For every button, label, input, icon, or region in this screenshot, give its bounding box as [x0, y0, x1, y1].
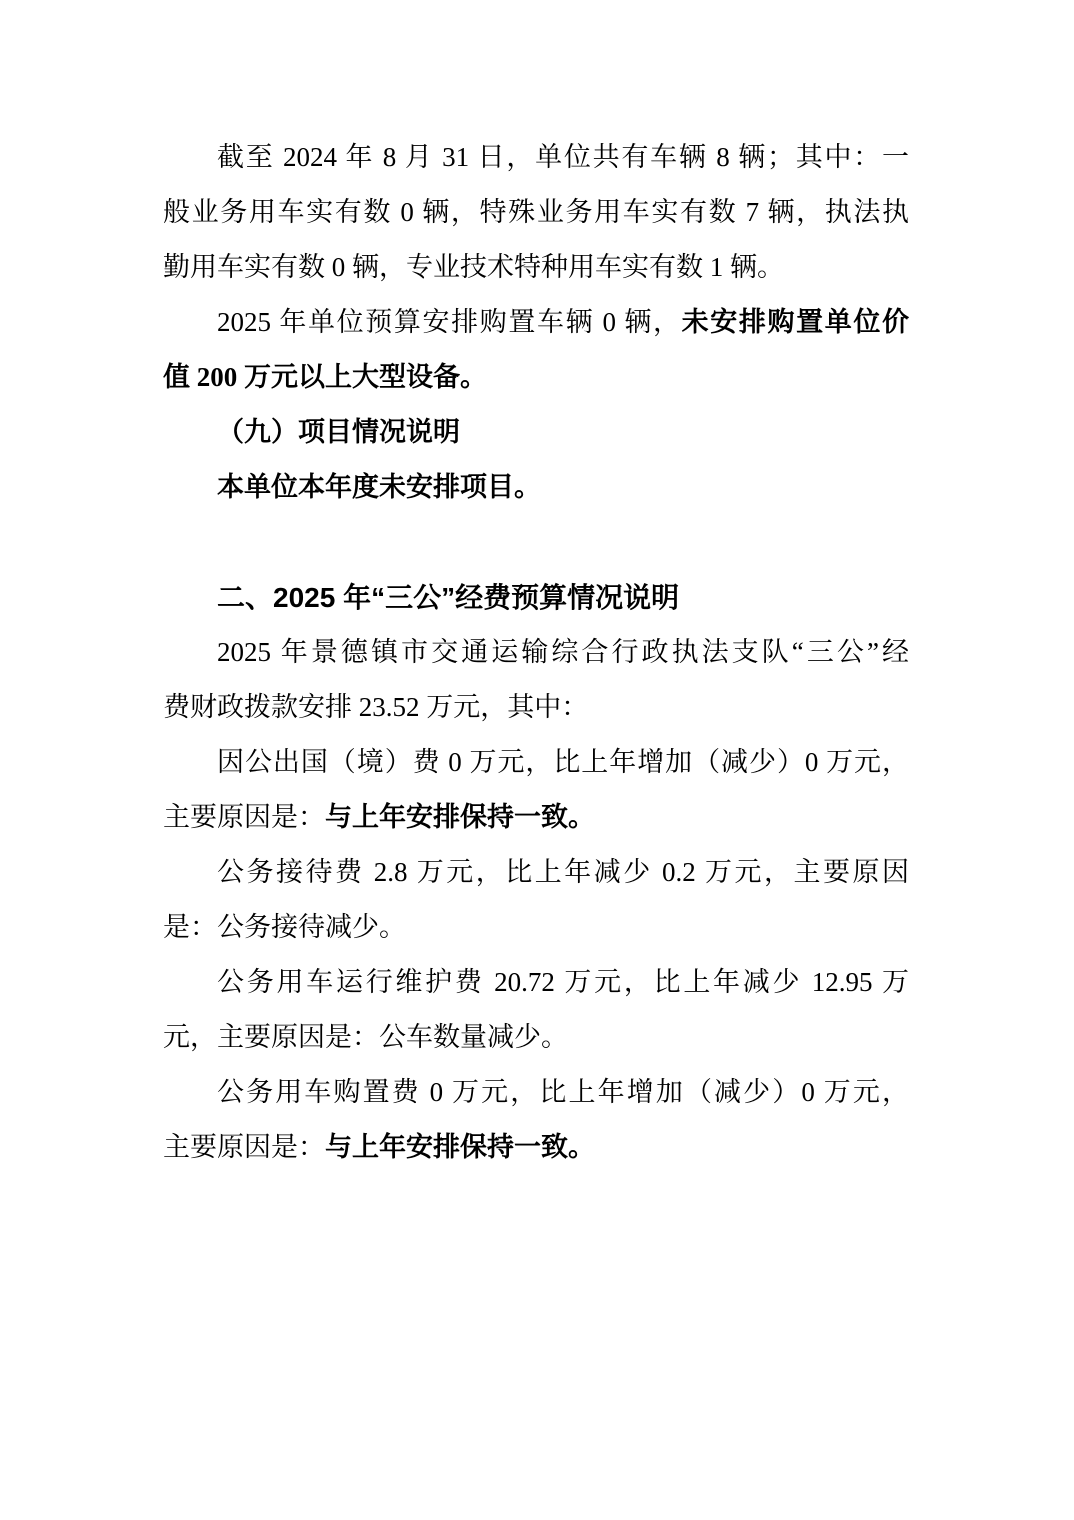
text-line: 主要原因是：与上年安排保持一致。	[163, 1120, 909, 1175]
blank-line	[163, 515, 909, 570]
official-reception-expense-paragraph: 公务接待费 2.8 万元，比上年减少 0.2 万元，主要原因是：公务接待减少。	[163, 845, 909, 955]
bold-text-segment: 与上年安排保持一致。	[325, 1132, 595, 1162]
text-line: 公务用车购置费 0 万元，比上年增加（减少）0 万元，	[163, 1065, 909, 1120]
text-line: 费财政拨款安排 23.52 万元，其中：	[163, 680, 909, 735]
vehicle-purchase-expense-paragraph: 公务用车购置费 0 万元，比上年增加（减少）0 万元，主要原因是：与上年安排保持…	[163, 1065, 909, 1175]
text-segment: 公务接待费 2.8 万元，比上年减少 0.2 万元，主要原因	[217, 857, 909, 887]
text-segment: 元，主要原因是：公车数量减少。	[163, 1022, 568, 1052]
text-line: 截至 2024 年 8 月 31 日，单位共有车辆 8 辆；其中：一	[163, 130, 909, 185]
text-line: 勤用车实有数 0 辆，专业技术特种用车实有数 1 辆。	[163, 240, 909, 295]
bold-text-segment: 与上年安排保持一致。	[325, 802, 595, 832]
vehicle-maintenance-expense-paragraph: 公务用车运行维护费 20.72 万元，比上年减少 12.95 万元，主要原因是：…	[163, 955, 909, 1065]
text-segment: 是：公务接待减少。	[163, 912, 406, 942]
vehicle-purchase-plan-paragraph: 2025 年单位预算安排购置车辆 0 辆，未安排购置单位价值 200 万元以上大…	[163, 295, 909, 405]
bold-text-segment: 二、2025 年“三公”经费预算情况说明	[217, 582, 679, 613]
bold-text-segment: 值 200 万元以上大型设备。	[163, 362, 487, 392]
three-public-funds-total-paragraph: 2025 年景德镇市交通运输综合行政执法支队“三公”经费财政拨款安排 23.52…	[163, 625, 909, 735]
vehicle-status-paragraph: 截至 2024 年 8 月 31 日，单位共有车辆 8 辆；其中：一般业务用车实…	[163, 130, 909, 295]
text-segment: 公务用车购置费 0 万元，比上年增加（减少）0 万元，	[217, 1077, 909, 1107]
text-line: 主要原因是：与上年安排保持一致。	[163, 790, 909, 845]
text-segment: 般业务用车实有数 0 辆，特殊业务用车实有数 7 辆，执法执	[163, 197, 909, 227]
text-segment: 公务用车运行维护费 20.72 万元，比上年减少 12.95 万	[217, 967, 909, 997]
text-line: 是：公务接待减少。	[163, 900, 909, 955]
text-line: （九）项目情况说明	[163, 405, 909, 460]
text-line: 值 200 万元以上大型设备。	[163, 350, 909, 405]
text-line: 2025 年景德镇市交通运输综合行政执法支队“三公”经	[163, 625, 909, 680]
text-segment: 2025 年单位预算安排购置车辆 0 辆，	[217, 307, 682, 337]
text-line: 2025 年单位预算安排购置车辆 0 辆，未安排购置单位价	[163, 295, 909, 350]
bold-text-segment: （九）项目情况说明	[217, 417, 460, 447]
text-line: 公务用车运行维护费 20.72 万元，比上年减少 12.95 万	[163, 955, 909, 1010]
text-line: 本单位本年度未安排项目。	[163, 460, 909, 515]
text-segment: 2025 年景德镇市交通运输综合行政执法支队“三公”经	[217, 637, 909, 667]
text-segment: 主要原因是：	[163, 802, 325, 832]
text-line: 二、2025 年“三公”经费预算情况说明	[163, 570, 909, 625]
project-section-subheading: （九）项目情况说明	[163, 405, 909, 460]
text-segment: 因公出国（境）费 0 万元，比上年增加（减少）0 万元，	[217, 747, 909, 777]
text-line: 元，主要原因是：公车数量减少。	[163, 1010, 909, 1065]
text-segment: 主要原因是：	[163, 1132, 325, 1162]
text-segment: 费财政拨款安排 23.52 万元，其中：	[163, 692, 588, 722]
text-line: 公务接待费 2.8 万元，比上年减少 0.2 万元，主要原因	[163, 845, 909, 900]
text-line: 因公出国（境）费 0 万元，比上年增加（减少）0 万元，	[163, 735, 909, 790]
text-line: 般业务用车实有数 0 辆，特殊业务用车实有数 7 辆，执法执	[163, 185, 909, 240]
project-status-statement: 本单位本年度未安排项目。	[163, 460, 909, 515]
text-segment: 勤用车实有数 0 辆，专业技术特种用车实有数 1 辆。	[163, 252, 784, 282]
bold-text-segment: 未安排购置单位价	[682, 307, 909, 337]
document-page: 截至 2024 年 8 月 31 日，单位共有车辆 8 辆；其中：一般业务用车实…	[0, 0, 1074, 1520]
three-public-funds-heading: 二、2025 年“三公”经费预算情况说明	[163, 570, 909, 625]
overseas-trip-expense-paragraph: 因公出国（境）费 0 万元，比上年增加（减少）0 万元，主要原因是：与上年安排保…	[163, 735, 909, 845]
text-segment: 截至 2024 年 8 月 31 日，单位共有车辆 8 辆；其中：一	[217, 142, 909, 172]
document-body: 截至 2024 年 8 月 31 日，单位共有车辆 8 辆；其中：一般业务用车实…	[163, 130, 909, 1175]
bold-text-segment: 本单位本年度未安排项目。	[217, 472, 541, 502]
